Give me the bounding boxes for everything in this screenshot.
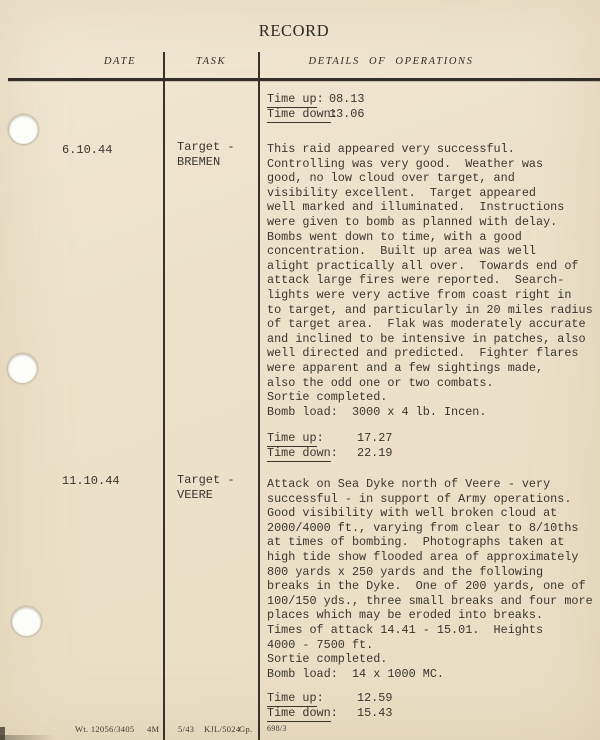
- footer-date-code: 5/43: [178, 724, 194, 734]
- task-line-1: Target -: [177, 140, 235, 154]
- time-down-row: Time down:15.43: [267, 706, 338, 720]
- colon: :: [317, 431, 324, 445]
- colon: :: [331, 446, 338, 460]
- footer-form-number: 698/3: [267, 724, 287, 733]
- entry-details-veere: Attack on Sea Dyke north of Veere - very…: [267, 477, 593, 681]
- colon: :: [331, 706, 338, 720]
- time-up-value: 08.13: [329, 92, 364, 106]
- time-down-value: 15.43: [357, 706, 392, 720]
- time-up-value: 12.59: [357, 691, 392, 705]
- time-up-row: Time up:17.27: [267, 431, 324, 445]
- time-down-value: 13.06: [329, 107, 364, 121]
- colon: :: [317, 92, 324, 106]
- task-line-1: Target -: [177, 473, 235, 487]
- footer-wt-number: Wt. 12056/3405: [75, 724, 134, 734]
- time-down-label: Time down: [267, 107, 331, 123]
- entry-task-bremen: Target -BREMEN: [177, 140, 235, 170]
- footer-gp-label: Gp.: [239, 724, 252, 734]
- scan-bottom-shadow: [0, 735, 55, 740]
- task-line-2: BREMEN: [177, 155, 220, 169]
- punch-hole-middle: [7, 353, 38, 384]
- time-up-row: Time up:12.59: [267, 691, 324, 705]
- time-up-value: 17.27: [357, 431, 392, 445]
- column-header-date: DATE: [94, 56, 146, 67]
- footer-print-run: 4M: [147, 724, 159, 734]
- footer-job-code: KJL/5024: [204, 724, 240, 734]
- column-header-details: DETAILS OF OPERATIONS: [266, 56, 516, 67]
- form-footer: Wt. 12056/3405 4M 5/43 KJL/5024 Gp. 698/…: [0, 721, 600, 740]
- header-rule: [8, 78, 600, 81]
- punch-hole-bottom: [11, 606, 42, 637]
- task-line-2: VEERE: [177, 488, 213, 502]
- punch-hole-top: [8, 114, 39, 145]
- entry-task-veere: Target -VEERE: [177, 473, 235, 503]
- entry-date-veere: 11.10.44: [62, 474, 120, 488]
- column-divider-task-details: [258, 52, 260, 740]
- entry-details-bremen: This raid appeared very successful. Cont…: [267, 142, 593, 419]
- time-down-label: Time down: [267, 446, 331, 462]
- record-document-page: RECORD DATE TASK DETAILS OF OPERATIONS T…: [0, 0, 600, 740]
- colon: :: [317, 691, 324, 705]
- page-title: RECORD: [0, 21, 594, 41]
- column-divider-date-task: [163, 52, 165, 740]
- time-up-label: Time up: [267, 92, 317, 108]
- time-down-row: Time down:22.19: [267, 446, 338, 460]
- time-down-label: Time down: [267, 706, 331, 722]
- time-up-row: Time up:08.13: [267, 92, 324, 106]
- time-up-label: Time up: [267, 431, 317, 447]
- column-header-task: TASK: [182, 56, 240, 67]
- time-up-label: Time up: [267, 691, 317, 707]
- entry-date-bremen: 6.10.44: [62, 143, 112, 157]
- time-down-value: 22.19: [357, 446, 392, 460]
- time-down-row: Time down:13.06: [267, 107, 338, 121]
